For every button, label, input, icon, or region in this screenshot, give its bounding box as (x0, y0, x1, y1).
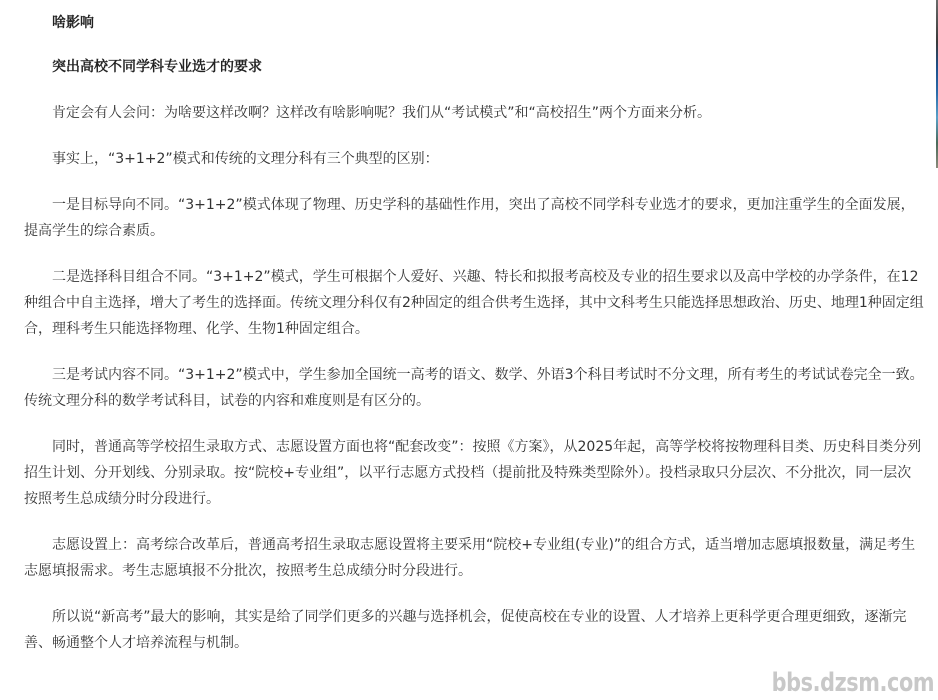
paragraph-goal: 一是目标导向不同。“3+1+2”模式体现了物理、历史学科的基础性作用，突出了高校… (24, 192, 924, 244)
article-body: 啥影响 突出高校不同学科专业选才的要求 肯定会有人会问：为啥要这样改啊？这样改有… (24, 0, 924, 656)
paragraph-intro: 肯定会有人会问：为啥要这样改啊？这样改有啥影响呢？我们从“考试模式”和“高校招生… (24, 100, 924, 126)
paragraph-conclusion: 所以说“新高考”最大的影响，其实是给了同学们更多的兴趣与选择机会，促使高校在专业… (24, 604, 924, 656)
paragraph-differences: 事实上，“3+1+2”模式和传统的文理分科有三个典型的区别： (24, 146, 924, 172)
watermark: bbs.dzsm.com (771, 668, 934, 698)
paragraph-subject-combination: 二是选择科目组合不同。“3+1+2”模式，学生可根据个人爱好、兴趣、特长和拟报考… (24, 264, 924, 342)
heading-impact: 啥影响 (24, 10, 924, 36)
paragraph-exam-content: 三是考试内容不同。“3+1+2”模式中，学生参加全国统一高考的语文、数学、外语3… (24, 362, 924, 414)
paragraph-application: 志愿设置上：高考综合改革后，普通高考招生录取志愿设置将主要采用“院校+专业组(专… (24, 532, 924, 584)
heading-subtitle: 突出高校不同学科专业选才的要求 (24, 54, 924, 80)
paragraph-admission: 同时，普通高等学校招生录取方式、志愿设置方面也将“配套改变”：按照《方案》，从2… (24, 434, 924, 512)
